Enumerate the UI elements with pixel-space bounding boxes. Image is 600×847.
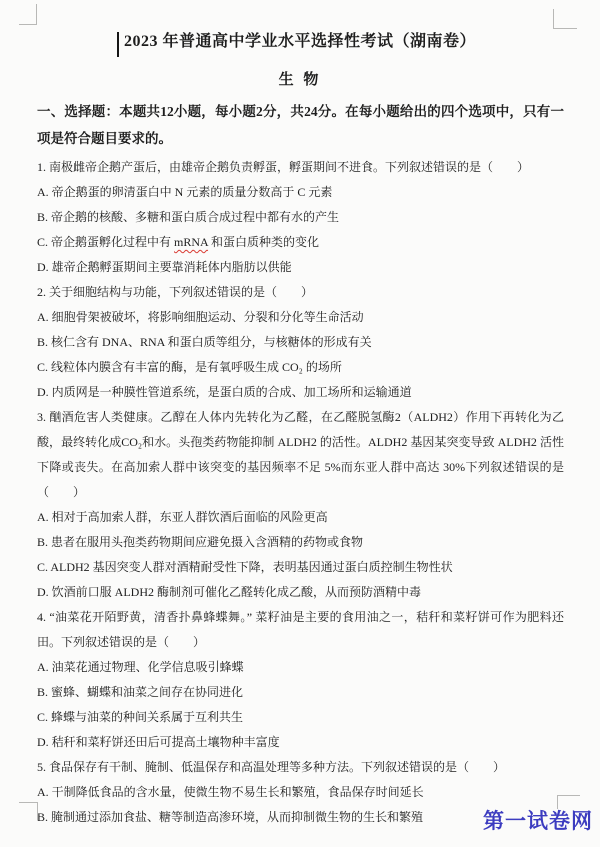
spellcheck-underline: mRNA	[174, 235, 208, 249]
text-cursor	[117, 32, 119, 57]
question-option: A. 帝企鹅蛋的卵清蛋白中 N 元素的质量分数高于 C 元素	[37, 180, 564, 205]
question-option: C. 线粒体内膜含有丰富的酶，是有氧呼吸生成 CO₂ 的场所	[37, 355, 564, 380]
question-option: A. 干制降低食品的含水量，使微生物不易生长和繁殖，食品保存时间延长	[37, 780, 564, 805]
question-stem: 1. 南极雌帝企鹅产蛋后，由雄帝企鹅负责孵蛋，孵蛋期间不进食。下列叙述错误的是（…	[37, 155, 564, 180]
question-option: C. 帝企鹅蛋孵化过程中有 mRNA 和蛋白质种类的变化	[37, 230, 564, 255]
question-option: B. 蜜蜂、蝴蝶和油菜之间存在协同进化	[37, 680, 564, 705]
question-list: 1. 南极雌帝企鹅产蛋后，由雄帝企鹅负责孵蛋，孵蛋期间不进食。下列叙述错误的是（…	[37, 155, 564, 830]
question-stem: 4. “油菜花开陌野黄，清香扑鼻蜂蝶舞。” 菜籽油是主要的食用油之一，秸秆和菜籽…	[37, 605, 564, 655]
section-instructions: 一、选择题：本题共12小题，每小题2分，共24分。在每小题给出的四个选项中，只有…	[37, 98, 564, 152]
text-boundary-mark-top-right	[553, 9, 577, 29]
question-option: C. 蜂蝶与油菜的种间关系属于互利共生	[37, 705, 564, 730]
exam-page: 2023 年普通高中学业水平选择性考试（湖南卷） 生 物 一、选择题：本题共12…	[0, 0, 600, 847]
question-option: A. 相对于高加索人群，东亚人群饮酒后面临的风险更高	[37, 505, 564, 530]
question-option: D. 雄帝企鹅孵蛋期间主要靠消耗体内脂肪以供能	[37, 255, 564, 280]
question-option: A. 细胞骨架被破坏，将影响细胞运动、分裂和分化等生命活动	[37, 305, 564, 330]
question-option: A. 油菜花通过物理、化学信息吸引蜂蝶	[37, 655, 564, 680]
question-option: D. 秸秆和菜籽饼还田后可提高土壤物种丰富度	[37, 730, 564, 755]
question-stem: 3. 酗酒危害人类健康。乙醇在人体内先转化为乙醛，在乙醛脱氢酶2（ALDH2）作…	[37, 405, 564, 505]
question-option: B. 核仁含有 DNA、RNA 和蛋白质等组分，与核糖体的形成有关	[37, 330, 564, 355]
question-stem: 2. 关于细胞结构与功能，下列叙述错误的是（ ）	[37, 280, 564, 305]
site-watermark: 第一试卷网	[483, 805, 593, 835]
question-option: D. 饮酒前口服 ALDH2 酶制剂可催化乙醛转化成乙酸，从而预防酒精中毒	[37, 580, 564, 605]
exam-body: 一、选择题：本题共12小题，每小题2分，共24分。在每小题给出的四个选项中，只有…	[0, 98, 600, 830]
text-boundary-mark-bottom-left	[19, 802, 38, 820]
question-option: B. 患者在服用头孢类药物期间应避免摄入含酒精的药物或食物	[37, 530, 564, 555]
text-boundary-mark-top-left	[19, 4, 37, 25]
question-option: D. 内质网是一种膜性管道系统，是蛋白质的合成、加工场所和运输通道	[37, 380, 564, 405]
subject-title: 生 物	[0, 67, 600, 93]
question-option: B. 帝企鹅的核酸、多糖和蛋白质合成过程中都有水的产生	[37, 205, 564, 230]
exam-title: 2023 年普通高中学业水平选择性考试（湖南卷）	[0, 29, 600, 55]
question-stem: 5. 食品保存有干制、腌制、低温保存和高温处理等多种方法。下列叙述错误的是（ ）	[37, 755, 564, 780]
question-option: C. ALDH2 基因突变人群对酒精耐受性下降，表明基因通过蛋白质控制生物性状	[37, 555, 564, 580]
